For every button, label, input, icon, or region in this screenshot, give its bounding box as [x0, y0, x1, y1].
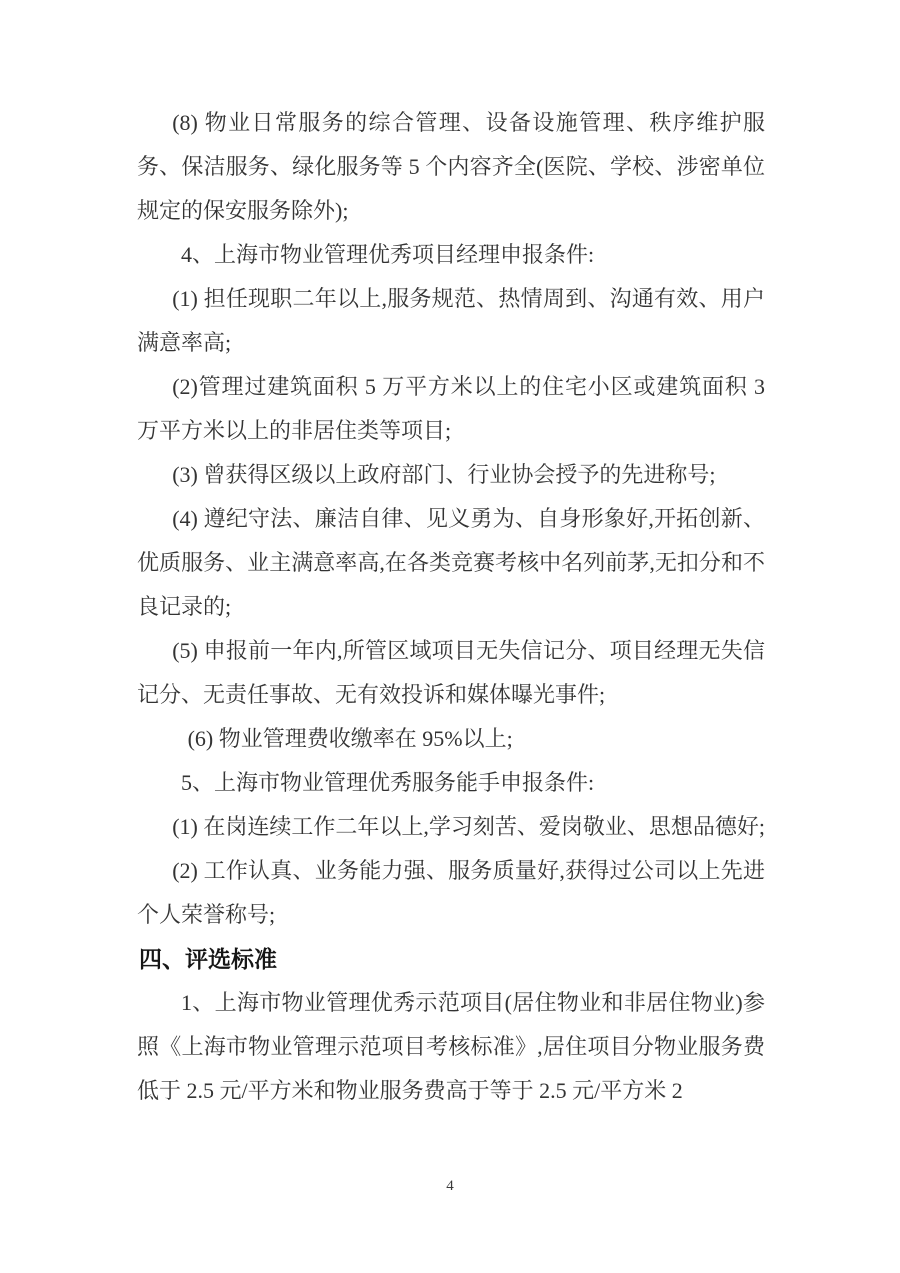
- paragraph-item-1b: (1) 在岗连续工作二年以上,学习刻苦、爱岗敬业、思想品德好;: [137, 805, 765, 849]
- page-footer: 4: [0, 1176, 900, 1196]
- paragraph-standard-1: 1、上海市物业管理优秀示范项目(居住物业和非居住物业)参照《上海市物业管理示范项…: [137, 981, 765, 1113]
- paragraph-item-5: (5) 申报前一年内,所管区域项目无失信记分、项目经理无失信记分、无责任事故、无…: [137, 629, 765, 717]
- paragraph-item-1: (1) 担任现职二年以上,服务规范、热情周到、沟通有效、用户满意率高;: [137, 277, 765, 365]
- paragraph-item-6: (6) 物业管理费收缴率在 95%以上;: [137, 717, 765, 761]
- document-body: (8) 物业日常服务的综合管理、设备设施管理、秩序维护服务、保洁服务、绿化服务等…: [137, 101, 765, 1113]
- document-page: (8) 物业日常服务的综合管理、设备设施管理、秩序维护服务、保洁服务、绿化服务等…: [0, 0, 900, 1273]
- section-heading-criteria: 四、评选标准: [137, 937, 765, 981]
- paragraph-item-4: (4) 遵纪守法、廉洁自律、见义勇为、自身形象好,开拓创新、优质服务、业主满意率…: [137, 497, 765, 629]
- paragraph-item-8: (8) 物业日常服务的综合管理、设备设施管理、秩序维护服务、保洁服务、绿化服务等…: [137, 101, 765, 233]
- paragraph-section-4: 4、上海市物业管理优秀项目经理申报条件:: [137, 233, 765, 277]
- page-number: 4: [446, 1178, 454, 1194]
- paragraph-item-3: (3) 曾获得区级以上政府部门、行业协会授予的先进称号;: [137, 453, 765, 497]
- paragraph-item-2: (2)管理过建筑面积 5 万平方米以上的住宅小区或建筑面积 3 万平方米以上的非…: [137, 365, 765, 453]
- paragraph-item-2b: (2) 工作认真、业务能力强、服务质量好,获得过公司以上先进个人荣誉称号;: [137, 849, 765, 937]
- paragraph-section-5: 5、上海市物业管理优秀服务能手申报条件:: [137, 761, 765, 805]
